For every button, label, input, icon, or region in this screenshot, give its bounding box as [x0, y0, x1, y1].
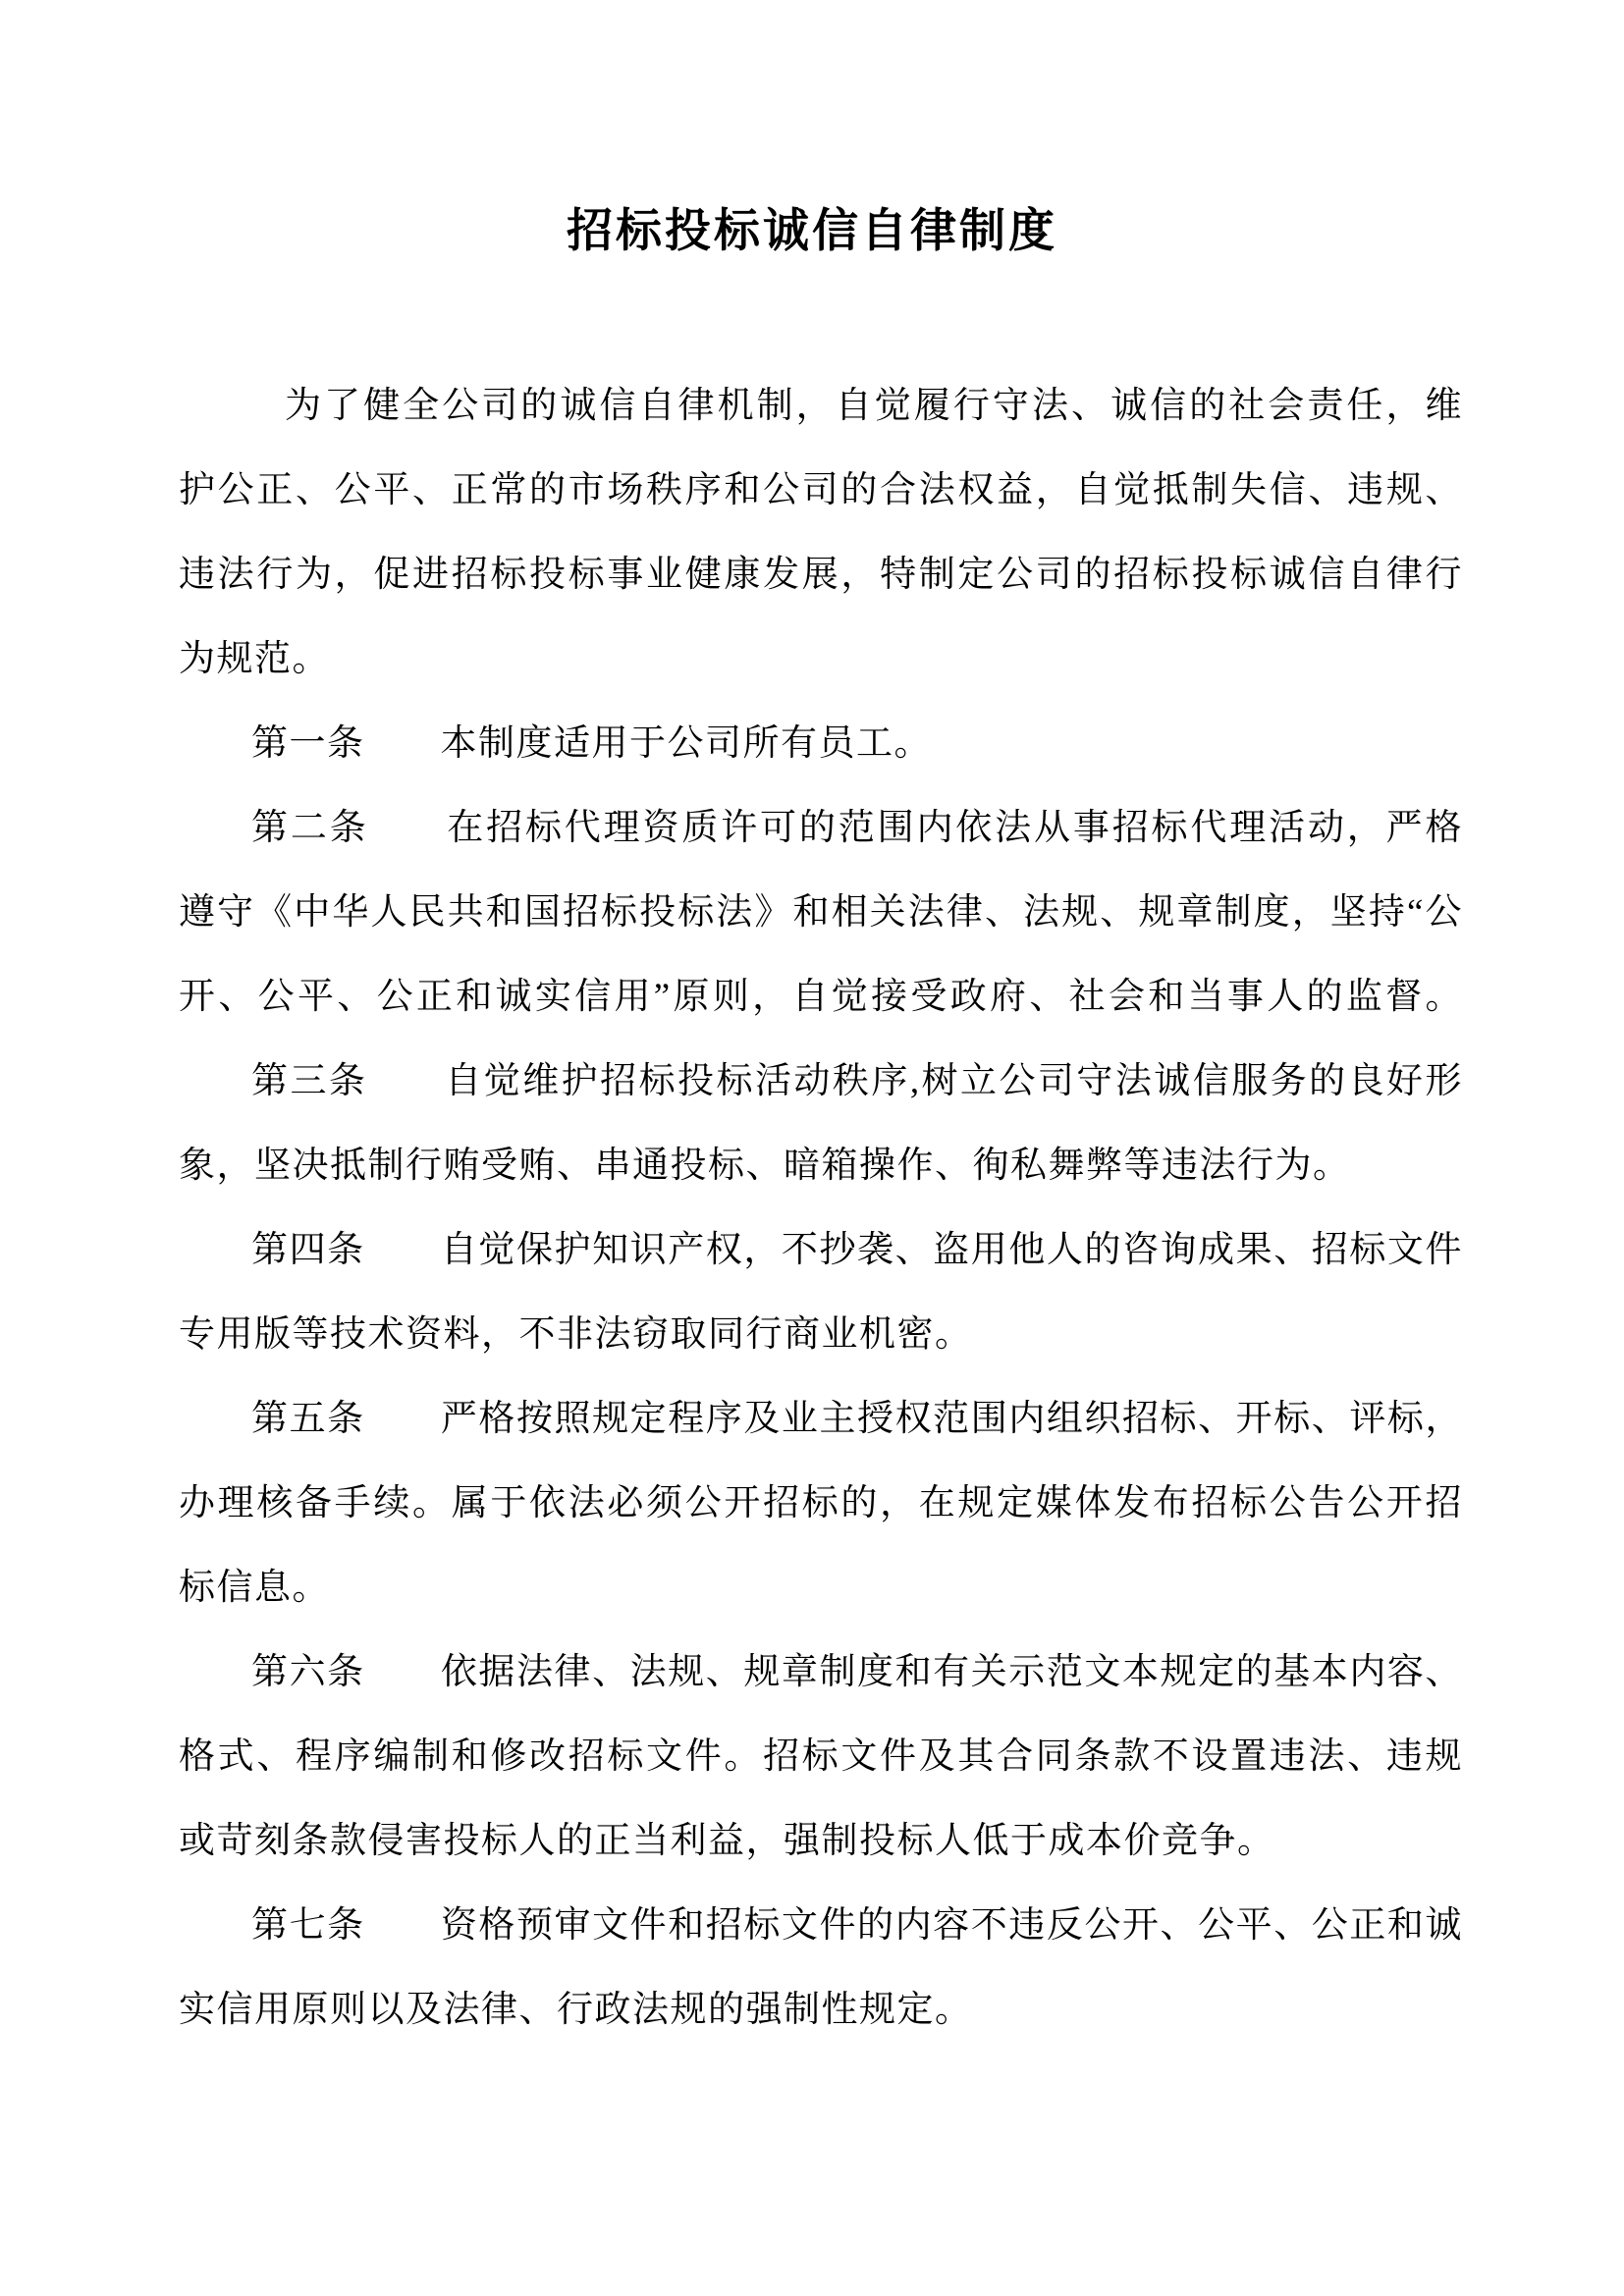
text-line: 护公正、公平、正常的市场秩序和公司的合法权益，自觉抵制失信、违规、: [179, 449, 1463, 533]
text-line: 专用版等技术资料，不非法窃取同行商业机密。: [179, 1293, 1463, 1377]
text-line: 第三条 自觉维护招标投标活动秩序,树立公司守法诚信服务的良好形: [179, 1040, 1463, 1124]
document-title: 招标投标诚信自律制度: [0, 200, 1624, 263]
text-line: 第四条 自觉保护知识产权，不抄袭、盗用他人的咨询成果、招标文件: [179, 1208, 1463, 1293]
text-line: 第六条 依据法律、法规、规章制度和有关示范文本规定的基本内容、: [179, 1630, 1463, 1715]
text-line: 开、公平、公正和诚实信用”原则，自觉接受政府、社会和当事人的监督。: [179, 955, 1463, 1040]
text-line: 象，坚决抵制行贿受贿、串通投标、暗箱操作、徇私舞弊等违法行为。: [179, 1124, 1463, 1208]
text-line: 第二条 在招标代理资质许可的范围内依法从事招标代理活动，严格: [179, 786, 1463, 871]
text-line: 第一条 本制度适用于公司所有员工。: [179, 702, 1463, 786]
document-page: 招标投标诚信自律制度 为了健全公司的诚信自律机制，自觉履行守法、诚信的社会责任，…: [0, 0, 1624, 2296]
text-line: 为了健全公司的诚信自律机制，自觉履行守法、诚信的社会责任，维: [179, 364, 1463, 449]
text-line: 标信息。: [179, 1546, 1463, 1630]
document-body: 为了健全公司的诚信自律机制，自觉履行守法、诚信的社会责任，维护公正、公平、正常的…: [179, 364, 1463, 2053]
text-line: 第七条 资格预审文件和招标文件的内容不违反公开、公平、公正和诚: [179, 1884, 1463, 1968]
text-line: 为规范。: [179, 617, 1463, 702]
text-line: 办理核备手续。属于依法必须公开招标的，在规定媒体发布招标公告公开招: [179, 1462, 1463, 1546]
text-line: 格式、程序编制和修改招标文件。招标文件及其合同条款不设置违法、违规: [179, 1715, 1463, 1799]
text-line: 或苛刻条款侵害投标人的正当利益，强制投标人低于成本价竞争。: [179, 1799, 1463, 1884]
text-line: 第五条 严格按照规定程序及业主授权范围内组织招标、开标、评标，: [179, 1377, 1463, 1462]
text-line: 实信用原则以及法律、行政法规的强制性规定。: [179, 1968, 1463, 2053]
text-line: 违法行为，促进招标投标事业健康发展，特制定公司的招标投标诚信自律行: [179, 533, 1463, 617]
text-line: 遵守《中华人民共和国招标投标法》和相关法律、法规、规章制度，坚持“公: [179, 871, 1463, 955]
